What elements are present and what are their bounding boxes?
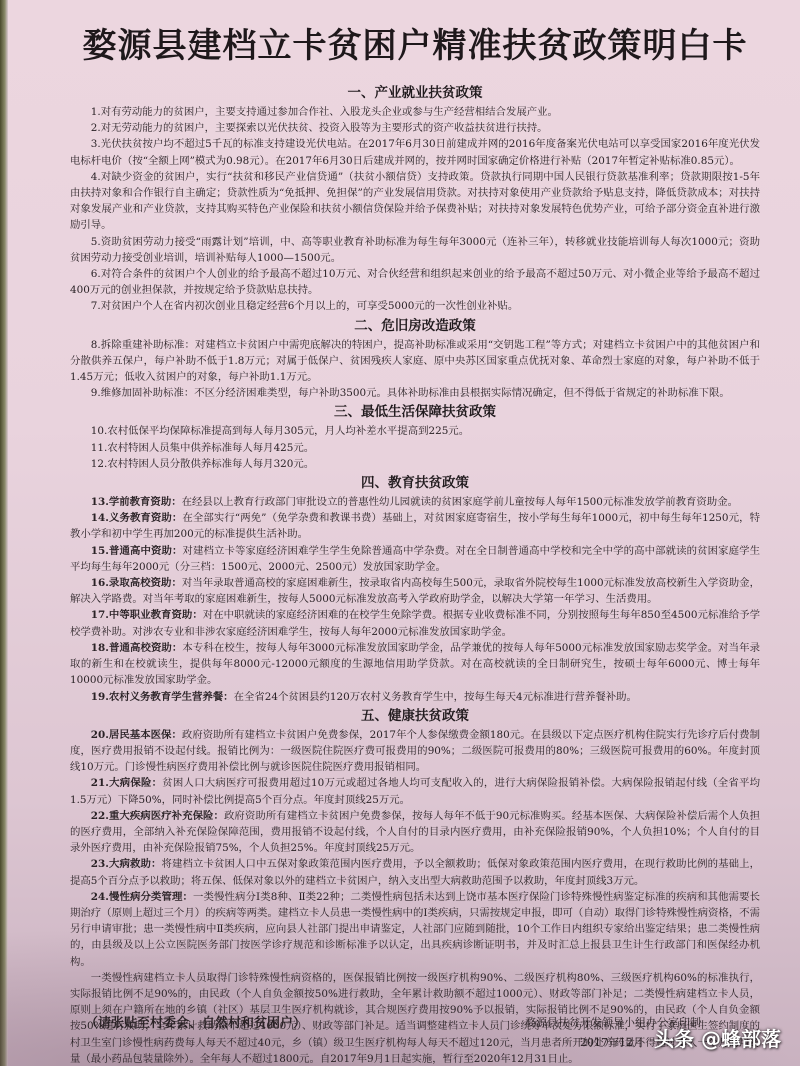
document-body: 一、产业就业扶贫政策 1.对有劳动能力的贫困户，主要支持通过参加合作社、入股龙头… (70, 82, 760, 1066)
policy-item: 8.拆除重建补助标准：对建档立卡贫困户中需兜底解决的特困户，提高补助标准或采用“… (70, 337, 760, 386)
policy-item: 9.维修加固补助标准：不区分经济困难类型，每户补助3500元。具体补助标准由县根… (70, 385, 760, 401)
policy-item: 1.对有劳动能力的贫困户，主要支持通过参加合作社、入股龙头企业或参与生产经营相结… (70, 104, 760, 120)
policy-item: 13.学前教育资助：在经县以上教育行政部门审批设立的普惠性幼儿园就读的贫困家庭学… (70, 494, 760, 510)
policy-item: 10.农村低保平均保障标准提高到每人每月305元，月人均补差水平提高到225元。 (70, 423, 760, 439)
posting-note: （请张贴至村委会、自然村和贫困户） (85, 1012, 306, 1031)
policy-item: 17.中等职业教育资助：对在中职就读的家庭经济困难的在校学生免除学费。根据专业收… (70, 607, 760, 639)
section-heading-health: 五、健康扶贫政策 (70, 706, 760, 726)
document-title: 婺源县建档立卡贫困户精准扶贫政策明白卡 (70, 18, 760, 67)
section-heading-industry: 一、产业就业扶贫政策 (70, 83, 760, 103)
policy-item: 5.资助贫困劳动力接受“雨露计划”培训，中、高等职业教育补助标准为每生每年300… (70, 234, 760, 266)
policy-item: 4.对缺少资金的贫困户，实行“扶贫和移民产业信贷通”（扶贫小额信贷）支持政策。贷… (70, 169, 760, 234)
policy-item: 14.义务教育资助：在全部实行“两免”（免学杂费和教课书费）基础上，对贫困家庭寄… (70, 510, 760, 542)
policy-item: 22.重大疾病医疗补充保险：政府资助所有建档立卡贫困户免费参保，按每人每年不低于… (70, 808, 760, 857)
section-heading-subsistence: 三、最低生活保障扶贫政策 (70, 402, 760, 422)
policy-item: 15.普通高中资助：对建档立卡等家庭经济困难学生学生免除普通高中学杂费。对在全日… (70, 543, 760, 575)
policy-item: 6.对符合条件的贫困户个人创业的给予最高不超过10万元、对合伙经营和组织起来创业… (70, 266, 760, 298)
issue-date: 2017年12月 (580, 1034, 644, 1050)
policy-item: 18.普通高校资助：本专科在校生，按每人每年3000元标准发放国家助学金，品学兼… (70, 640, 760, 689)
policy-item: 7.对贫困户个人在省内初次创业且稳定经营6个月以上的，可享受5000元的一次性创… (70, 298, 760, 314)
photo-left-edge (0, 0, 8, 1066)
section-heading-education: 四、教育扶贫政策 (70, 473, 760, 493)
policy-item: 3.光伏扶贫按户均不超过5千瓦的标准支持建设光伏电站。在2017年6月30日前建… (70, 136, 760, 168)
watermark: 头条 @蜂部落 (654, 1023, 781, 1052)
policy-item: 11.农村特困人员集中供养标准每人每月425元。 (70, 440, 760, 456)
policy-item: 24.慢性病分类管理：一类慢性病分Ⅰ类8种、Ⅱ类22种；二类慢性病包括未达到上饶… (70, 889, 760, 970)
policy-item: 21.大病保险：贫困人口大病医疗可报费用超过10万元或超过各地人均可支配收入的，… (70, 775, 760, 807)
policy-item: 20.居民基本医保：政府资助所有建档立卡贫困户免费参保，2017年个人参保缴费金… (70, 727, 760, 776)
policy-item: 16.录取高校资助：对当年录取普通高校的家庭困难新生，按录取省内高校每生500元… (70, 575, 760, 607)
policy-item: 19.农村义务教育学生营养餐：在全省24个贫困县约120万农村义务教育学生中，按… (70, 689, 760, 705)
policy-item: 23.大病救助：将建档立卡贫困人口中五保对象政策范围内医疗费用，予以全额救助；低… (70, 856, 760, 888)
section-heading-housing: 二、危旧房改造政策 (70, 316, 760, 336)
policy-item: 2.对无劳动能力的贫困户，主要探索以光伏扶贫、投资入股等为主要形式的资产收益扶贫… (70, 120, 760, 136)
policy-item: 12.农村特困人员分散供养标准每人每月320元。 (70, 456, 760, 472)
